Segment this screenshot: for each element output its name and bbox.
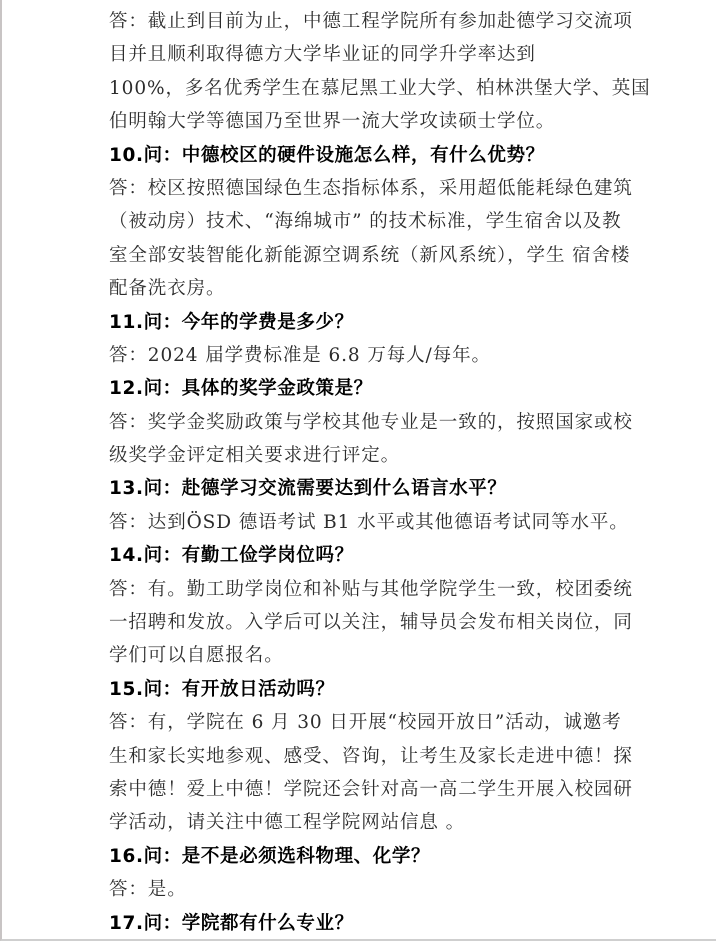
question-14: 14.问：有勤工俭学岗位吗？: [109, 539, 621, 572]
answer-11: 答：2024 届学费标准是 6.8 万每人/每年。: [109, 339, 621, 372]
answer-9-line-2: 目并且顺利取得德方大学毕业证的同学升学率达到: [109, 38, 621, 71]
answer-14-line-3: 学们可以自愿报名。: [109, 639, 621, 672]
answer-10-line-3: 室全部安装智能化新能源空调系统（新风系统），学生 宿舍楼: [109, 239, 621, 272]
answer-10-line-4: 配备洗衣房。: [109, 272, 621, 305]
question-10: 10.问：中德校区的硬件设施怎么样，有什么优势？: [109, 139, 621, 172]
question-13: 13.问：赴德学习交流需要达到什么语言水平？: [109, 472, 621, 505]
answer-15-line-3: 索中德！爱上中德！学院还会针对高一高二学生开展入校园研: [109, 773, 621, 806]
answer-15-line-1: 答：有，学院在 6 月 30 日开展“校园开放日”活动，诚邀考: [109, 706, 621, 739]
answer-15-line-2: 生和家长实地参观、感受、咨询，让考生及家长走进中德！探: [109, 740, 621, 773]
faq-content: 答：截止到目前为止，中德工程学院所有参加赴德学习交流项 目并且顺利取得德方大学毕…: [109, 5, 621, 940]
answer-14-line-1: 答：有。勤工助学岗位和补贴与其他学院学生一致，校团委统: [109, 573, 621, 606]
question-12: 12.问：具体的奖学金政策是？: [109, 372, 621, 405]
answer-14-line-2: 一招聘和发放。入学后可以关注，辅导员会发布相关岗位，同: [109, 606, 621, 639]
answer-9-line-1: 答：截止到目前为止，中德工程学院所有参加赴德学习交流项: [109, 5, 621, 38]
question-16: 16.问：是不是必须选科物理、化学？: [109, 840, 621, 873]
answer-9-line-3: 100%，多名优秀学生在慕尼黑工业大学、柏林洪堡大学、英国: [109, 72, 621, 105]
question-11: 11.问：今年的学费是多少？: [109, 306, 621, 339]
answer-16: 答：是。: [109, 873, 621, 906]
question-17: 17.问：学院都有什么专业？: [109, 907, 621, 940]
answer-9-line-4: 伯明翰大学等德国乃至世界一流大学攻读硕士学位。: [109, 105, 621, 138]
answer-13: 答：达到ÖSD 德语考试 B1 水平或其他德语考试同等水平。: [109, 506, 621, 539]
answer-10-line-2: （被动房）技术、“海绵城市” 的技术标准，学生宿舍以及教: [109, 205, 621, 238]
question-15: 15.问：有开放日活动吗？: [109, 673, 621, 706]
document-page: 答：截止到目前为止，中德工程学院所有参加赴德学习交流项 目并且顺利取得德方大学毕…: [0, 0, 716, 941]
answer-12-line-2: 级奖学金评定相关要求进行评定。: [109, 439, 621, 472]
answer-12-line-1: 答：奖学金奖励政策与学校其他专业是一致的，按照国家或校: [109, 406, 621, 439]
answer-10-line-1: 答：校区按照德国绿色生态指标体系，采用超低能耗绿色建筑: [109, 172, 621, 205]
answer-15-line-4: 学活动，请关注中德工程学院网站信息 。: [109, 806, 621, 839]
